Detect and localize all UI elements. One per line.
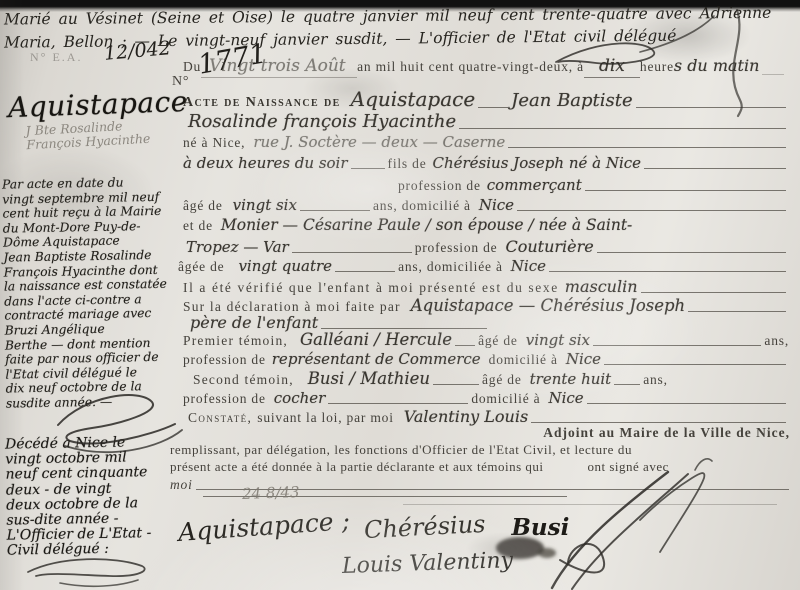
printed-text: Du — [183, 59, 201, 75]
first-witness-profession-line: profession de représentant de Commerce d… — [183, 350, 789, 368]
ruled-line — [335, 269, 395, 272]
mother-residence: Nice — [511, 257, 546, 275]
closing-line-1: remplissant, par délégation, les fonctio… — [170, 442, 792, 458]
mother-age: vingt quatre — [238, 257, 332, 275]
ruled-line — [328, 401, 468, 404]
father-name: Chérésius Joseph né à Nice — [433, 154, 642, 172]
printed-text: ont signé avec — [588, 459, 669, 475]
printed-text: Il a été vérifié que l'enfant à moi prés… — [183, 280, 559, 296]
birth-hour-father-line: à deux heures du soir fils de Chérésius … — [183, 154, 789, 172]
child-other-names: Rosalinde françois Hyacinthe — [188, 111, 456, 132]
handwritten-hour: dix — [584, 56, 640, 78]
child-surname: Aquistapace — [351, 87, 476, 111]
child-sex: masculin — [565, 277, 638, 296]
printed-text: né à Nice, — [183, 135, 245, 151]
second-witness-profession-line: profession de cocher domicilié à Nice — [183, 389, 789, 407]
signature-busi: Busi — [511, 514, 569, 541]
printed-text: Adjoint au Maire de la Ville de Nice, — [543, 425, 790, 441]
printed-text: domicilié à — [489, 352, 558, 368]
printed-text: profession de — [415, 240, 498, 256]
ruled-line — [403, 502, 777, 505]
printed-text: fils de — [388, 156, 427, 172]
printed-text: ans, — [643, 372, 668, 388]
first-witness-residence: Nice — [566, 350, 601, 368]
handwritten-address: rue J. Soctère — deux — Caserne — [253, 133, 505, 151]
ruled-line — [321, 326, 487, 329]
ruled-line — [459, 126, 786, 129]
second-witness-line: Second témoin, Busi / Mathieu âgé de tre… — [193, 369, 789, 388]
signature-valentiny: Louis Valentiny — [342, 548, 514, 579]
large-signature-flourish-icon — [560, 544, 604, 573]
father-profession: commerçant — [487, 176, 582, 194]
printed-text: ans, — [764, 333, 789, 349]
ink-blot — [538, 548, 556, 558]
registry-stamp: N° E.A. — [30, 50, 82, 65]
handwritten-hour-of-birth: à deux heures du soir — [183, 154, 348, 172]
first-witness-line: Premier témoin, Galléani / Hercule âgé d… — [183, 330, 789, 349]
father-profession-line: profession de commerçant — [398, 176, 789, 194]
ruled-line — [641, 290, 786, 293]
printed-text: Constaté, — [188, 410, 252, 426]
officer-title-line: Adjoint au Maire de la Ville de Nice, — [470, 425, 790, 441]
printed-text: et de — [183, 218, 213, 234]
blank-ruled-line — [400, 502, 780, 508]
printed-text: âgé de — [183, 198, 223, 214]
scanned-birth-certificate: Marié au Vésinet (Seine et Oise) le quat… — [0, 0, 800, 590]
first-witness-age: vingt six — [526, 331, 590, 349]
father-age-line: âgé de vingt six ans, domicilié à Nice — [183, 196, 789, 214]
printed-text: âgé de — [478, 333, 518, 349]
ruled-line — [636, 105, 786, 108]
ruled-line — [292, 250, 412, 253]
signature-aquistapace: Aquistapace ; — [177, 506, 351, 547]
mother-birthplace: Tropez — Var — [186, 238, 289, 256]
handwritten-date: Vingt trois Août — [201, 56, 357, 78]
ruled-line — [604, 362, 786, 365]
mother-birthplace-profession-line: Tropez — Var profession de Couturière — [186, 237, 789, 256]
printed-text: âgée de — [178, 259, 224, 275]
ruled-line — [300, 208, 370, 211]
ruled-line — [531, 420, 786, 423]
margin-pencil-note: J Bte Rosalinde François Hyacinthe — [25, 118, 150, 152]
printed-text: Premier témoin, — [183, 333, 288, 349]
ruled-line — [587, 401, 786, 404]
second-witness-age: trente huit — [530, 370, 612, 388]
mother-profession: Couturière — [505, 237, 593, 256]
printed-text: profession de — [183, 352, 266, 368]
officer-line: Constaté, suivant la loi, par moi Valent… — [188, 407, 789, 426]
printed-text: ans, domicilié à — [373, 198, 471, 214]
father-residence: Nice — [479, 196, 514, 214]
first-witness-name: Galléani / Hercule — [300, 330, 452, 349]
printed-text: an mil huit cent quatre-vingt-deux, à — [357, 59, 584, 75]
printed-text: heure — [640, 59, 674, 75]
ruled-line — [593, 343, 761, 346]
date-line: Du Vingt trois Août an mil huit cent qua… — [183, 56, 787, 78]
ruled-line — [614, 382, 640, 385]
printed-text: domicilié à — [471, 391, 540, 407]
printed-text: âgé de — [482, 372, 522, 388]
document-content: Marié au Vésinet (Seine et Oise) le quat… — [0, 0, 800, 590]
ruled-line — [549, 269, 786, 272]
child-other-names-line: Rosalinde françois Hyacinthe — [188, 111, 789, 132]
ruled-line — [351, 166, 385, 169]
ruled-line — [762, 72, 784, 75]
margin-surname: Aquistapace — [7, 85, 188, 124]
note-line: susdite année. — — [6, 393, 188, 411]
ruled-line — [585, 188, 786, 191]
registry-stamp-number: 12/042 — [103, 37, 172, 65]
ruled-line — [644, 166, 786, 169]
bottom-left-flourish-icon — [60, 580, 138, 586]
handwritten-text: s du matin — [674, 56, 760, 75]
printed-text: profession de — [398, 178, 481, 194]
second-witness-profession: cocher — [274, 389, 326, 407]
signature-cheresius: Chérésius — [363, 510, 486, 544]
ruled-line — [455, 343, 475, 346]
printed-text: suivant la loi, par moi — [257, 410, 394, 426]
margin-death-note: Décédé a Nice le vingt octobre mil neuf … — [5, 434, 189, 559]
pencil-reference-number: 24 8/43 — [242, 483, 300, 503]
ruled-line — [478, 105, 508, 108]
printed-text: remplissant, par délégation, les fonctio… — [170, 442, 632, 458]
margin-marriage-note: Par acte en date du vingt septembre mil … — [2, 174, 188, 411]
signatures-line: Aquistapace ; Chérésius Busi — [178, 512, 569, 541]
act-title: Acte de Naissance de — [183, 95, 341, 111]
mother-age-line: âgée de vingt quatre ans, domiciliée à N… — [178, 257, 789, 275]
closing-line-2: présent acte a été donnée à la partie dé… — [170, 459, 792, 475]
officer-name: Valentiny Louis — [404, 407, 528, 426]
act-title-line: Acte de Naissance de Aquistapace Jean Ba… — [183, 87, 789, 111]
printed-text: profession de — [183, 391, 266, 407]
mother-name: Monier — Césarine Paule / son épouse / n… — [221, 216, 632, 234]
ruled-line — [597, 250, 786, 253]
father-age: vingt six — [233, 196, 297, 214]
printed-text: Second témoin, — [193, 372, 294, 388]
second-witness-residence: Nice — [548, 389, 583, 407]
printed-text: ans, domiciliée à — [398, 259, 503, 275]
note-line: Civil délégué : — [7, 541, 189, 559]
ruled-line — [433, 382, 479, 385]
second-witness-name: Busi / Mathieu — [308, 369, 430, 388]
ruled-line — [517, 208, 786, 211]
birthplace-line: né à Nice, rue J. Soctère — deux — Caser… — [183, 133, 789, 151]
printed-text: présent acte a été donnée à la partie dé… — [170, 459, 544, 475]
ruled-line — [508, 145, 786, 148]
first-witness-profession: représentant de Commerce — [272, 350, 481, 368]
sex-verification-line: Il a été vérifié que l'enfant à moi prés… — [183, 277, 789, 296]
ruled-line — [688, 309, 786, 312]
child-firstname: Jean Baptiste — [511, 90, 633, 111]
bottom-left-flourish-icon — [28, 559, 145, 576]
mother-line: et de Monier — Césarine Paule / son épou… — [183, 216, 789, 234]
printed-text: moi — [170, 477, 193, 493]
